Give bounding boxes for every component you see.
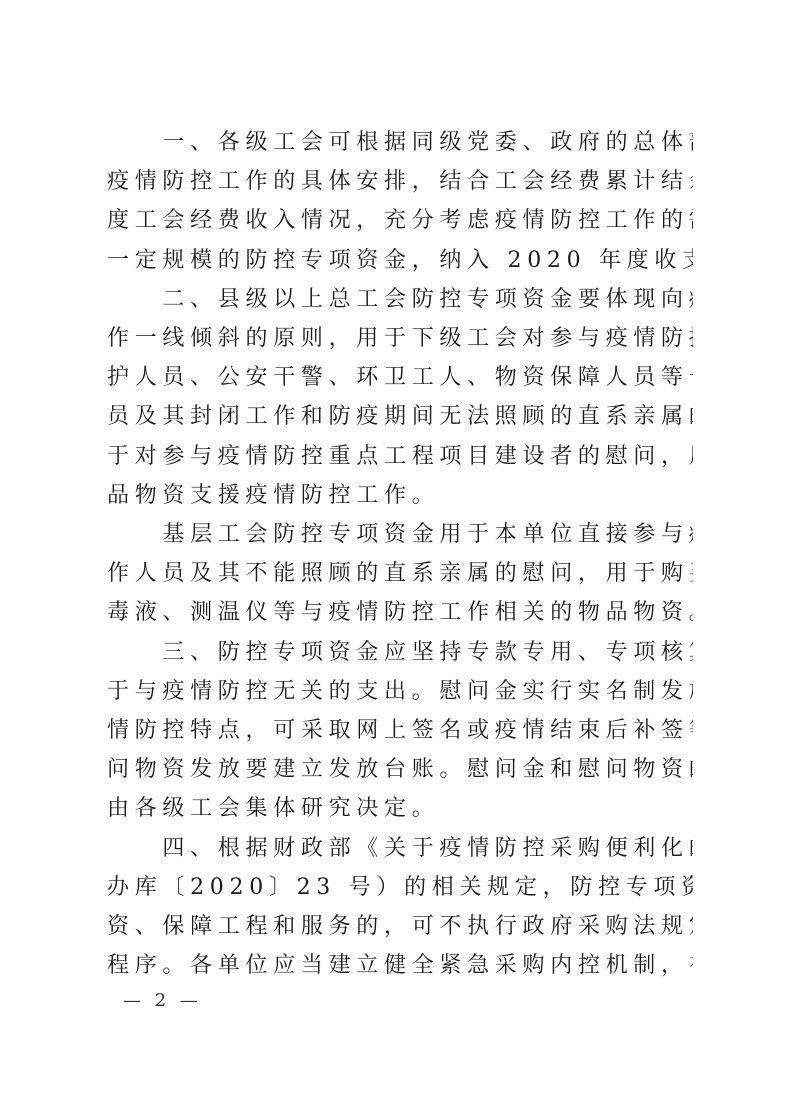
paragraph-4: 三、防控专项资金应坚持专款专用、专项核算，不得用 于与疫情防控无关的支出。慰问金… bbox=[107, 633, 693, 829]
document-page: 一、各级工会可根据同级党委、政府的总体部署和单位 疫情防控工作的具体安排，结合工… bbox=[0, 0, 798, 1101]
text-line: 毒液、测温仪等与疫情防控工作相关的物品物资。 bbox=[107, 593, 693, 632]
text-line: 办库〔2020〕23 号）的相关规定，防控专项资金用于保障物 bbox=[107, 868, 693, 907]
text-line: 一定规模的防控专项资金，纳入 2020 年度收支预算管理。 bbox=[107, 241, 693, 280]
paragraph-3: 基层工会防控专项资金用于本单位直接参与疫情防控工 作人员及其不能照顾的直系亲属的… bbox=[107, 515, 693, 633]
text-line: 于对参与疫情防控重点工程项目建设者的慰问，用于购买物 bbox=[107, 437, 693, 476]
text-line: 一、各级工会可根据同级党委、政府的总体部署和单位 bbox=[107, 123, 693, 162]
text-line: 于与疫情防控无关的支出。慰问金实行实名制发放，根据疫 bbox=[107, 672, 693, 711]
paragraph-5: 四、根据财政部《关于疫情防控采购便利化的通知》（财 办库〔2020〕23 号）的… bbox=[107, 829, 693, 986]
text-line: 疫情防控工作的具体安排，结合工会经费累计结余情况和年 bbox=[107, 162, 693, 201]
text-line: 度工会经费收入情况，充分考虑疫情防控工作的需求，安排 bbox=[107, 201, 693, 240]
text-line: 情防控特点，可采取网上签名或疫情结束后补签等措施。慰 bbox=[107, 711, 693, 750]
text-line: 三、防控专项资金应坚持专款专用、专项核算，不得用 bbox=[107, 633, 693, 672]
text-line: 资、保障工程和服务的，可不执行政府采购法规定的方式和 bbox=[107, 907, 693, 946]
page-number: — 2 — bbox=[123, 990, 202, 1011]
paragraph-1: 一、各级工会可根据同级党委、政府的总体部署和单位 疫情防控工作的具体安排，结合工… bbox=[107, 123, 693, 280]
text-line: 四、根据财政部《关于疫情防控采购便利化的通知》（财 bbox=[107, 829, 693, 868]
text-line: 作人员及其不能照顾的直系亲属的慰问，用于购买口罩、消 bbox=[107, 554, 693, 593]
text-line: 问物资发放要建立发放台账。慰问金和慰问物资的发放标准 bbox=[107, 750, 693, 789]
text-line: 员及其封闭工作和防疫期间无法照顾的直系亲属的慰问，用 bbox=[107, 397, 693, 436]
text-line: 作一线倾斜的原则，用于下级工会对参与疫情防控工作的医 bbox=[107, 319, 693, 358]
text-line: 由各级工会集体研究决定。 bbox=[107, 789, 693, 828]
text-line: 程序。各单位应当建立健全紧急采购内控机制，在确保采购 bbox=[107, 946, 693, 985]
text-line: 品物资支援疫情防控工作。 bbox=[107, 476, 693, 515]
text-line: 二、县级以上总工会防控专项资金要体现向疫情防控工 bbox=[107, 280, 693, 319]
text-line: 基层工会防控专项资金用于本单位直接参与疫情防控工 bbox=[107, 515, 693, 554]
text-line: 护人员、公安干警、环卫工人、物资保障人员等一线工作人 bbox=[107, 358, 693, 397]
document-body: 一、各级工会可根据同级党委、政府的总体部署和单位 疫情防控工作的具体安排，结合工… bbox=[107, 123, 693, 985]
paragraph-2: 二、县级以上总工会防控专项资金要体现向疫情防控工 作一线倾斜的原则，用于下级工会… bbox=[107, 280, 693, 515]
